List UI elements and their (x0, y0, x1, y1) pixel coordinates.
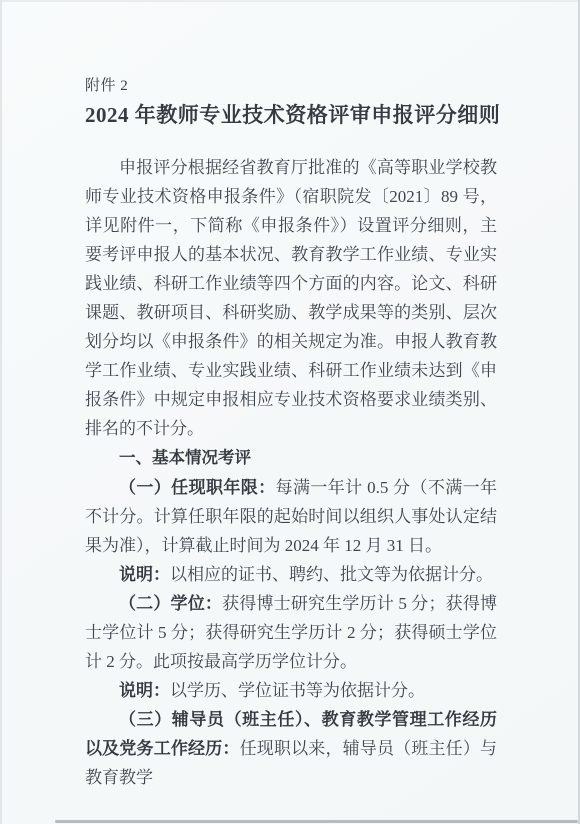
page-bottom-shadow (55, 820, 578, 823)
note-degree-label: 说明： (119, 681, 170, 700)
section-heading-text: 一、基本情况考评 (119, 449, 251, 467)
note-degree-text: 以学历、学位证书等为依据计分。 (170, 681, 425, 700)
document-body: 申报评分根据经省教育厅批准的《高等职业学校教师专业技术资格申报条件》（宿职院发〔… (85, 153, 497, 792)
intro-paragraph: 申报评分根据经省教育厅批准的《高等职业学校教师专业技术资格申报条件》（宿职院发〔… (85, 153, 497, 443)
scanned-document-page: 附件 2 2024 年教师专业技术资格评审申报评分细则 申报评分根据经省教育厅批… (0, 0, 580, 824)
clause-tenure-paragraph: （一）任现职年限：每满一年计 0.5 分（不满一年不计分。计算任职年限的起始时间… (85, 473, 497, 560)
clause-degree-paragraph: （二）学位：获得博士研究生学历计 5 分；获得博士学位计 5 分；获得研究生学历… (85, 589, 497, 676)
section-heading-basic-evaluation: 一、基本情况考评 (85, 443, 497, 473)
document-title: 2024 年教师专业技术资格评审申报评分细则 (85, 102, 497, 128)
page-left-edge (0, 0, 2, 824)
note-tenure-label: 说明： (119, 565, 170, 584)
clause-counselor-paragraph: （三）辅导员（班主任）、教育教学管理工作经历以及党务工作经历：任现职以来，辅导员… (85, 705, 497, 792)
clause-tenure-label: （一）任现职年限： (119, 478, 276, 497)
page-top-edge (0, 0, 580, 2)
note-tenure-text: 以相应的证书、聘约、批文等为依据计分。 (170, 565, 493, 584)
note-tenure-paragraph: 说明：以相应的证书、聘约、批文等为依据计分。 (85, 560, 497, 589)
attachment-label: 附件 2 (85, 74, 497, 95)
clause-degree-label: （二）学位： (119, 594, 222, 613)
document-content: 附件 2 2024 年教师专业技术资格评审申报评分细则 申报评分根据经省教育厅批… (85, 74, 497, 792)
note-degree-paragraph: 说明：以学历、学位证书等为依据计分。 (85, 676, 497, 705)
